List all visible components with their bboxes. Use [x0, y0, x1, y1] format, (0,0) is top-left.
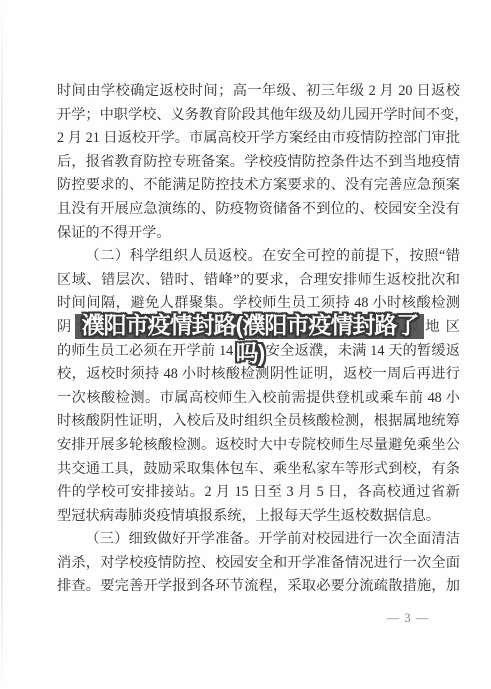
scan-edge-line	[1, 0, 3, 689]
doc-line: 一次核酸检测。市属高校师生入校前需提供登机或乘车前 48 小	[57, 387, 460, 411]
doc-line: 防控要求的、不能满足防控技术方案要求的、没有完善应急预案	[57, 174, 460, 198]
doc-line: 后，报省教育防控专班备案。学校疫情防控条件达不到当地疫情	[57, 151, 460, 175]
doc-line: 件的学校可安排接站。2 月 15 日至 3 月 5 日，各高校通过省新	[57, 481, 460, 505]
doc-line-section-3-start: （三）细致做好开学准备。开学前对校园进行一次全面清洁	[57, 528, 460, 552]
doc-line: 时核酸阴性证明，入校后及时组织全员核酸检测，根据属地统筹	[57, 410, 460, 434]
article-title-line2: 吗)	[60, 339, 440, 367]
doc-line: 安排开展多轮核酸检测。返校时大中专院校师生尽量避免乘坐公	[57, 434, 460, 458]
doc-line-section-2-start: （二）科学组织人员返校。在安全可控的前提下，按照“错	[57, 245, 460, 269]
page-number: — 3 —	[378, 611, 438, 626]
doc-line: 消杀，对学校疫情防控、校园安全和开学准备情况进行一次全面	[57, 552, 460, 576]
doc-line: 排查。要完善开学报到各环节流程，采取必要分流疏散措施，加	[57, 575, 460, 599]
doc-line: 区域、错层次、错时、错峰”的要求，合理安排师生返校批次和	[57, 269, 460, 293]
doc-line-paragraph-end: 型冠状病毒肺炎疫情填报系统，上报每天学生返校数据信息。	[57, 505, 460, 529]
document-page: 时间由学校确定返校时间；高一年级、初三年级 2 月 20 日返校 开学；中职学校…	[0, 0, 491, 689]
article-title-line1: 濮阳市疫情封路(濮阳市疫情封路了	[60, 311, 440, 339]
doc-line: 且没有开展应急演练的、防疫物资储备不到位的、校园安全没有	[57, 198, 460, 222]
article-title-overlay: 濮阳市疫情封路(濮阳市疫情封路了 吗)	[60, 311, 440, 367]
doc-line: 时间由学校确定返校时间；高一年级、初三年级 2 月 20 日返校	[57, 80, 460, 104]
doc-line: 2 月 21 日返校开学。市属高校开学方案经由市疫情防控部门审批	[57, 127, 460, 151]
doc-line: 开学；中职学校、义务教育阶段其他年级及幼儿园开学时间不变，	[57, 104, 460, 128]
doc-line: 共交通工具，鼓励采取集体包车、乘坐私家车等形式到校，有条	[57, 458, 460, 482]
doc-line-paragraph-end: 保证的不得开学。	[57, 222, 460, 246]
